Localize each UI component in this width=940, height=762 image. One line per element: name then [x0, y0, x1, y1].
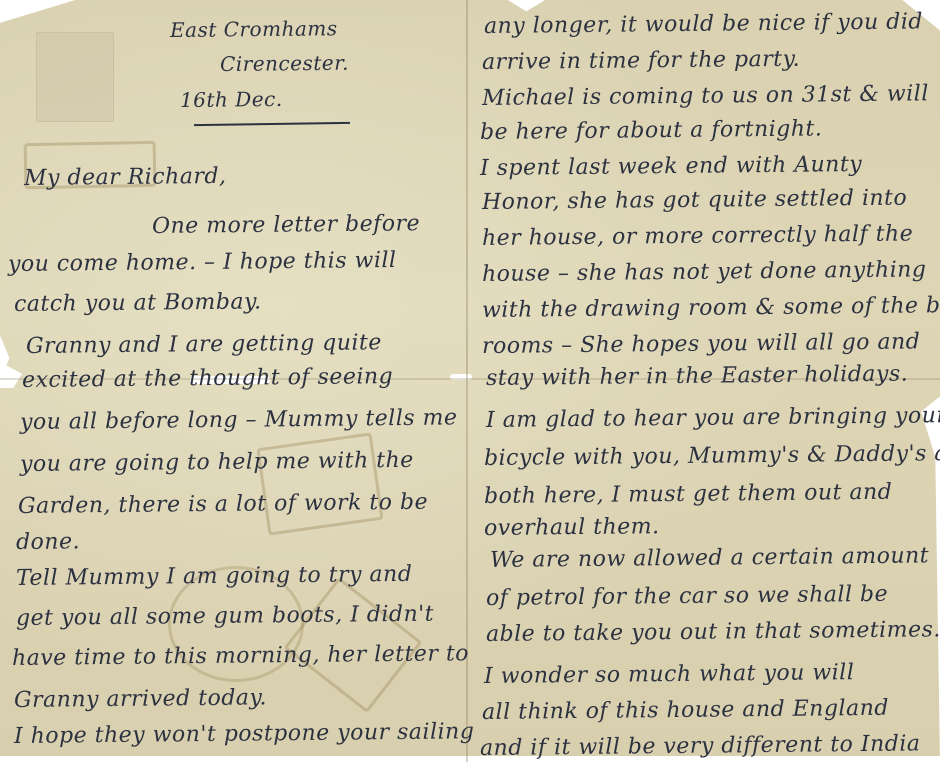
letter-line: Tell Mummy I am going to try and [16, 562, 413, 591]
letter-line: Garden, there is a lot of work to be [18, 490, 428, 519]
letter-line: have time to this morning, her letter to [12, 641, 469, 671]
letter-line: I am glad to hear you are bringing your [486, 403, 940, 433]
letter-line: you come home. – I hope this will [8, 248, 397, 277]
letter-line: you all before long – Mummy tells me [20, 405, 458, 435]
letter-line: and if it will be very different to Indi… [480, 731, 921, 761]
letter-line: I wonder so much what you will [484, 660, 855, 689]
letter-line: rooms – She hopes you will all go and [482, 329, 921, 359]
letter-line: Granny and I are getting quite [26, 330, 382, 359]
letter-right-page: any longer, it would be nice if you did … [468, 0, 940, 762]
letter-line: stay with her in the Easter holidays. [486, 362, 908, 391]
letter-line: Michael is coming to us on 31st & will [482, 81, 929, 111]
letter-line: able to take you out in that sometimes. [486, 617, 940, 647]
letter-line: any longer, it would be nice if you did [484, 9, 923, 39]
letter-left-page: East Cromhams Cirencester. 16th Dec. My … [0, 0, 466, 762]
letter-line: bicycle with you, Mummy's & Daddy's are [484, 441, 940, 471]
letter-date: 16th Dec. [180, 87, 283, 112]
letter-line: Honor, she has got quite settled into [482, 186, 907, 215]
letter-line: overhaul them. [484, 514, 660, 541]
letter-line: you are going to help me with the [20, 448, 414, 477]
salutation: My dear Richard, [24, 164, 227, 191]
address-line-1: East Cromhams [170, 16, 338, 42]
letter-line: of petrol for the car so we shall be [486, 582, 888, 611]
letter-line: all think of this house and England [482, 696, 889, 725]
letter-line: done. [16, 529, 80, 555]
date-underline [194, 122, 350, 126]
letter-line: One more letter before [152, 211, 420, 239]
letter-line: catch you at Bombay. [14, 289, 262, 317]
letter-line: We are now allowed a certain amount [490, 543, 929, 573]
letter-line: arrive in time for the party. [482, 47, 800, 75]
letter-line: Granny arrived today. [14, 685, 267, 713]
letter-line: both here, I must get them out and [484, 480, 893, 509]
letter-line: excited at the thought of seeing [22, 364, 393, 393]
letter-line: I spent last week end with Aunty [480, 152, 862, 181]
letter-line: get you all some gum boots, I didn't [16, 602, 434, 631]
letter-line: I hope they won't postpone your sailing [14, 719, 475, 749]
letter-line: with the drawing room & some of the bed [482, 293, 940, 323]
address-line-2: Cirencester. [220, 51, 349, 76]
letter-line: her house, or more correctly half the [482, 221, 913, 251]
letter-line: be here for about a fortnight. [480, 116, 823, 145]
letter-line: house – she has not yet done anything [482, 257, 927, 287]
